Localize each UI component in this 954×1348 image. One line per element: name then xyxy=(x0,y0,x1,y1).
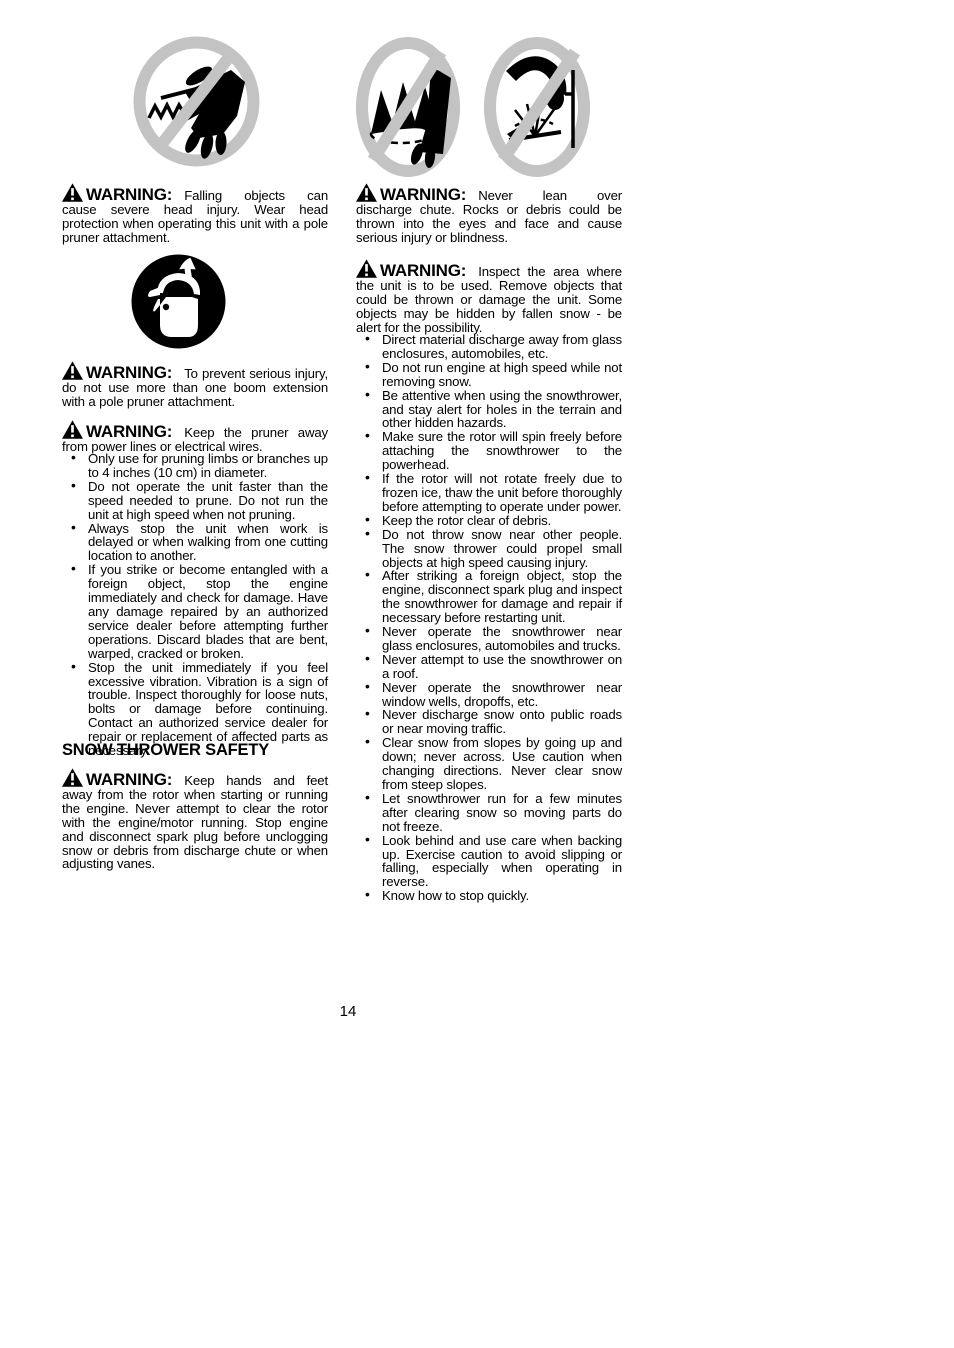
page-number: 14 xyxy=(318,1003,378,1020)
bullet-item: Direct material discharge away from glas… xyxy=(356,333,622,361)
left-warning-hands-feet-rotor: WARNING:Keep hands and feet away from th… xyxy=(62,768,328,871)
bullet-item: Always stop the unit when work is delaye… xyxy=(62,522,328,564)
bullet-item: Make sure the rotor will spin freely bef… xyxy=(356,430,622,472)
no-hands-near-saw-chain-icon xyxy=(133,36,260,167)
bullet-item: Do not operate the unit faster than the … xyxy=(62,480,328,522)
warning-triangle-icon xyxy=(62,420,83,439)
left-warning-falling-objects: WARNING:Falling objects can cause severe… xyxy=(62,183,328,245)
wear-head-protection-icon xyxy=(130,253,227,350)
no-leaning-over-discharge-chute-icon xyxy=(481,36,593,178)
warning-triangle-icon xyxy=(356,183,377,202)
warning-triangle-icon xyxy=(62,768,83,787)
bullet-item: Do not run engine at high speed while no… xyxy=(356,361,622,389)
bullet-item: Clear snow from slopes by going up and d… xyxy=(356,736,622,792)
bullet-item: Only use for pruning limbs or branches u… xyxy=(62,452,328,480)
bullet-item: Never operate the snowthrower near glass… xyxy=(356,625,622,653)
bullet-item: Never operate the snowthrower near windo… xyxy=(356,681,622,709)
left-warning-power-lines: WARNING:Keep the pruner away from power … xyxy=(62,420,328,454)
bullet-item: After striking a foreign object, stop th… xyxy=(356,569,622,625)
right-warning-lean-over-chute: WARNING:Never lean over discharge chute.… xyxy=(356,183,622,245)
no-hands-in-rotor-icon xyxy=(355,36,461,178)
left-warning-boom-extension: WARNING:To prevent serious injury, do no… xyxy=(62,361,328,409)
snow-thrower-safety-heading: SNOW THROWER SAFETY xyxy=(62,741,269,760)
manual-page: WARNING:Falling objects can cause severe… xyxy=(0,0,954,1348)
bullet-item: If the rotor will not rotate freely due … xyxy=(356,472,622,514)
warning-triangle-icon xyxy=(356,259,377,278)
bullet-item: Look behind and use care when backing up… xyxy=(356,834,622,890)
warning-triangle-icon xyxy=(62,361,83,380)
pruner-safety-bullet-list: Only use for pruning limbs or branches u… xyxy=(62,452,328,758)
bullet-item: Let snowthrower run for a few minutes af… xyxy=(356,792,622,834)
bullet-item: Never attempt to use the snowthrower on … xyxy=(356,653,622,681)
bullet-item: Know how to stop quickly. xyxy=(356,889,622,903)
bullet-item: Keep the rotor clear of debris. xyxy=(356,514,622,528)
right-warning-inspect-area: WARNING:Inspect the area where the unit … xyxy=(356,259,622,335)
warning-triangle-icon xyxy=(62,183,83,202)
warning-text: Keep hands and feet away from the rotor … xyxy=(62,773,328,871)
bullet-item: Be attentive when using the snowthrower,… xyxy=(356,389,622,431)
snow-thrower-bullet-list: Direct material discharge away from glas… xyxy=(356,333,622,903)
bullet-item: If you strike or become entangled with a… xyxy=(62,563,328,660)
bullet-item: Do not throw snow near other people. The… xyxy=(356,528,622,570)
bullet-item: Never discharge snow onto public roads o… xyxy=(356,708,622,736)
